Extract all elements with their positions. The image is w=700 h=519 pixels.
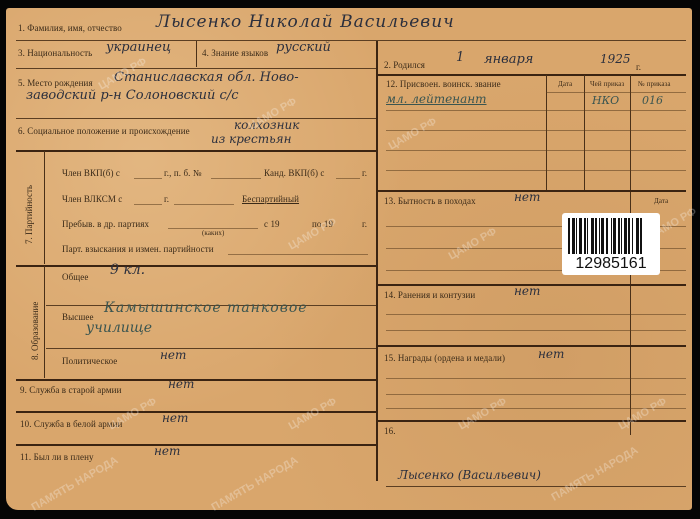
rank-col-order-no: № приказа	[638, 80, 671, 88]
party-candidate-label: Канд. ВКП(б) с	[264, 168, 325, 178]
row-line	[386, 408, 686, 409]
divider	[16, 118, 376, 119]
field-6-label: 6. Социальное положение и происхождение	[18, 126, 190, 136]
field-15-value: нет	[538, 347, 564, 361]
rank-row-by-order: НКО	[592, 94, 619, 107]
education-higher-value-line2: училище	[86, 320, 152, 336]
blank-line	[174, 204, 234, 205]
field-2-year-suffix: г.	[636, 62, 641, 72]
field-14-label: 14. Ранения и контузии	[384, 290, 475, 300]
field-2-label: 2. Родился	[384, 60, 425, 70]
watermark: ПАМЯТЬ НАРОДА	[210, 454, 301, 513]
party-which-label: (каких)	[202, 229, 224, 237]
signature-line	[386, 486, 686, 487]
divider	[546, 92, 686, 93]
education-general-value: 9 кл.	[110, 262, 145, 278]
field-7-section-label: 7. Партийность	[24, 185, 34, 244]
divider	[196, 41, 197, 67]
rank-col-by-order: Чей приказ	[590, 80, 624, 88]
field-5-value-line2: заводский р-н Солоновский с/с	[26, 88, 239, 103]
watermark: ПАМЯТЬ НАРОДА	[30, 454, 121, 513]
party-penalties-label: Парт. взыскания и измен. партийности	[62, 244, 214, 254]
rank-col-date: Дата	[558, 80, 572, 88]
watermark: ЦАМО РФ	[457, 395, 509, 432]
blank-line	[211, 178, 261, 179]
field-4-label: 4. Знание языков	[202, 48, 268, 58]
row-line	[386, 130, 686, 131]
field-6-value-line1: колхозник	[234, 118, 299, 132]
divider	[16, 411, 376, 413]
field-9-value: нет	[168, 377, 194, 391]
divider	[378, 420, 686, 422]
field-2-day: 1	[456, 50, 464, 65]
field-2-month: января	[484, 52, 533, 67]
field-3-value: украинец	[106, 40, 171, 55]
field-5-label: 5. Место рождения	[18, 78, 93, 88]
field-14-value: нет	[514, 284, 540, 298]
watermark: ЦАМО РФ	[287, 395, 339, 432]
divider	[16, 379, 376, 381]
row-line	[386, 170, 686, 171]
divider	[16, 444, 376, 446]
row-line	[386, 378, 686, 379]
barcode-number: 12985161	[562, 255, 660, 273]
field-16-signature: Лысенко (Васильевич)	[398, 468, 541, 482]
education-political-label: Политическое	[62, 356, 117, 366]
education-higher-value-line1: Камышинское танковое	[104, 300, 308, 316]
field-1-value: Лысенко Николай Васильевич	[156, 12, 455, 32]
blank-line	[336, 178, 360, 179]
watermark: ЦАМО РФ	[387, 115, 439, 152]
party-nonpartisan-label: Беспартийный	[242, 194, 299, 204]
party-card-no-label: г., п. б. №	[164, 168, 202, 178]
row-line	[386, 150, 686, 151]
field-13-label: 13. Бытность в походах	[384, 196, 476, 206]
party-year-suffix: г.	[164, 194, 169, 204]
field-9-label: 9. Служба в старой армии	[20, 385, 121, 395]
barcode-sticker: 12985161	[562, 213, 660, 275]
field-2-year: 1925	[600, 52, 631, 66]
divider	[44, 266, 45, 378]
party-other-label: Пребыв. в др. партиях	[62, 219, 149, 229]
divider	[378, 74, 686, 76]
party-from-label: с 19	[264, 219, 280, 229]
field-5-value-line1: Станиславская обл. Ново-	[114, 70, 299, 85]
field-10-value: нет	[162, 411, 188, 425]
blank-line	[134, 204, 162, 205]
field-1-label: 1. Фамилия, имя, отчество	[18, 23, 122, 33]
blank-line	[228, 254, 368, 255]
field-13-date-label: Дата	[654, 197, 668, 205]
blank-line	[134, 178, 162, 179]
field-3-label: 3. Национальность	[18, 48, 92, 58]
divider	[16, 265, 376, 267]
watermark: ЦАМО РФ	[617, 395, 669, 432]
row-line	[386, 314, 686, 315]
row-line	[386, 110, 686, 111]
field-4-value: русский	[276, 40, 331, 55]
education-political-value: нет	[160, 348, 186, 362]
divider	[378, 345, 686, 347]
center-divider	[376, 41, 378, 481]
row-line	[386, 394, 686, 395]
education-general-label: Общее	[62, 272, 89, 282]
party-to-label: по 19	[312, 219, 333, 229]
field-13-value: нет	[514, 190, 540, 204]
field-12-label: 12. Присвоен. воинск. звание	[386, 79, 501, 89]
party-year-suffix: г.	[362, 219, 367, 229]
divider	[16, 150, 376, 152]
field-6-value-line2: из крестьян	[211, 132, 292, 146]
registration-card: 1. Фамилия, имя, отчество Лысенко Никола…	[6, 8, 692, 510]
field-16-label: 16.	[384, 426, 396, 436]
watermark: ЦАМО РФ	[447, 225, 499, 262]
field-8-section-label: 8. Образование	[30, 302, 40, 360]
rank-row-rank: мл. лейтенант	[386, 92, 487, 106]
divider	[44, 151, 45, 264]
barcode-icon	[568, 218, 654, 254]
watermark: ПАМЯТЬ НАРОДА	[550, 444, 641, 503]
party-year-suffix: г.	[362, 168, 367, 178]
party-vkpb-label: Член ВКП(б) с	[62, 168, 120, 178]
field-15-label: 15. Награды (ордена и медали)	[384, 353, 505, 363]
field-10-label: 10. Служба в белой армии	[20, 419, 122, 429]
divider	[46, 348, 376, 349]
field-11-value: нет	[154, 444, 180, 458]
party-vlksm-label: Член ВЛКСМ с	[62, 194, 122, 204]
rank-row-order-no: 016	[642, 94, 663, 107]
divider	[16, 68, 376, 69]
field-11-label: 11. Был ли в плену	[20, 452, 94, 462]
row-line	[386, 330, 686, 331]
